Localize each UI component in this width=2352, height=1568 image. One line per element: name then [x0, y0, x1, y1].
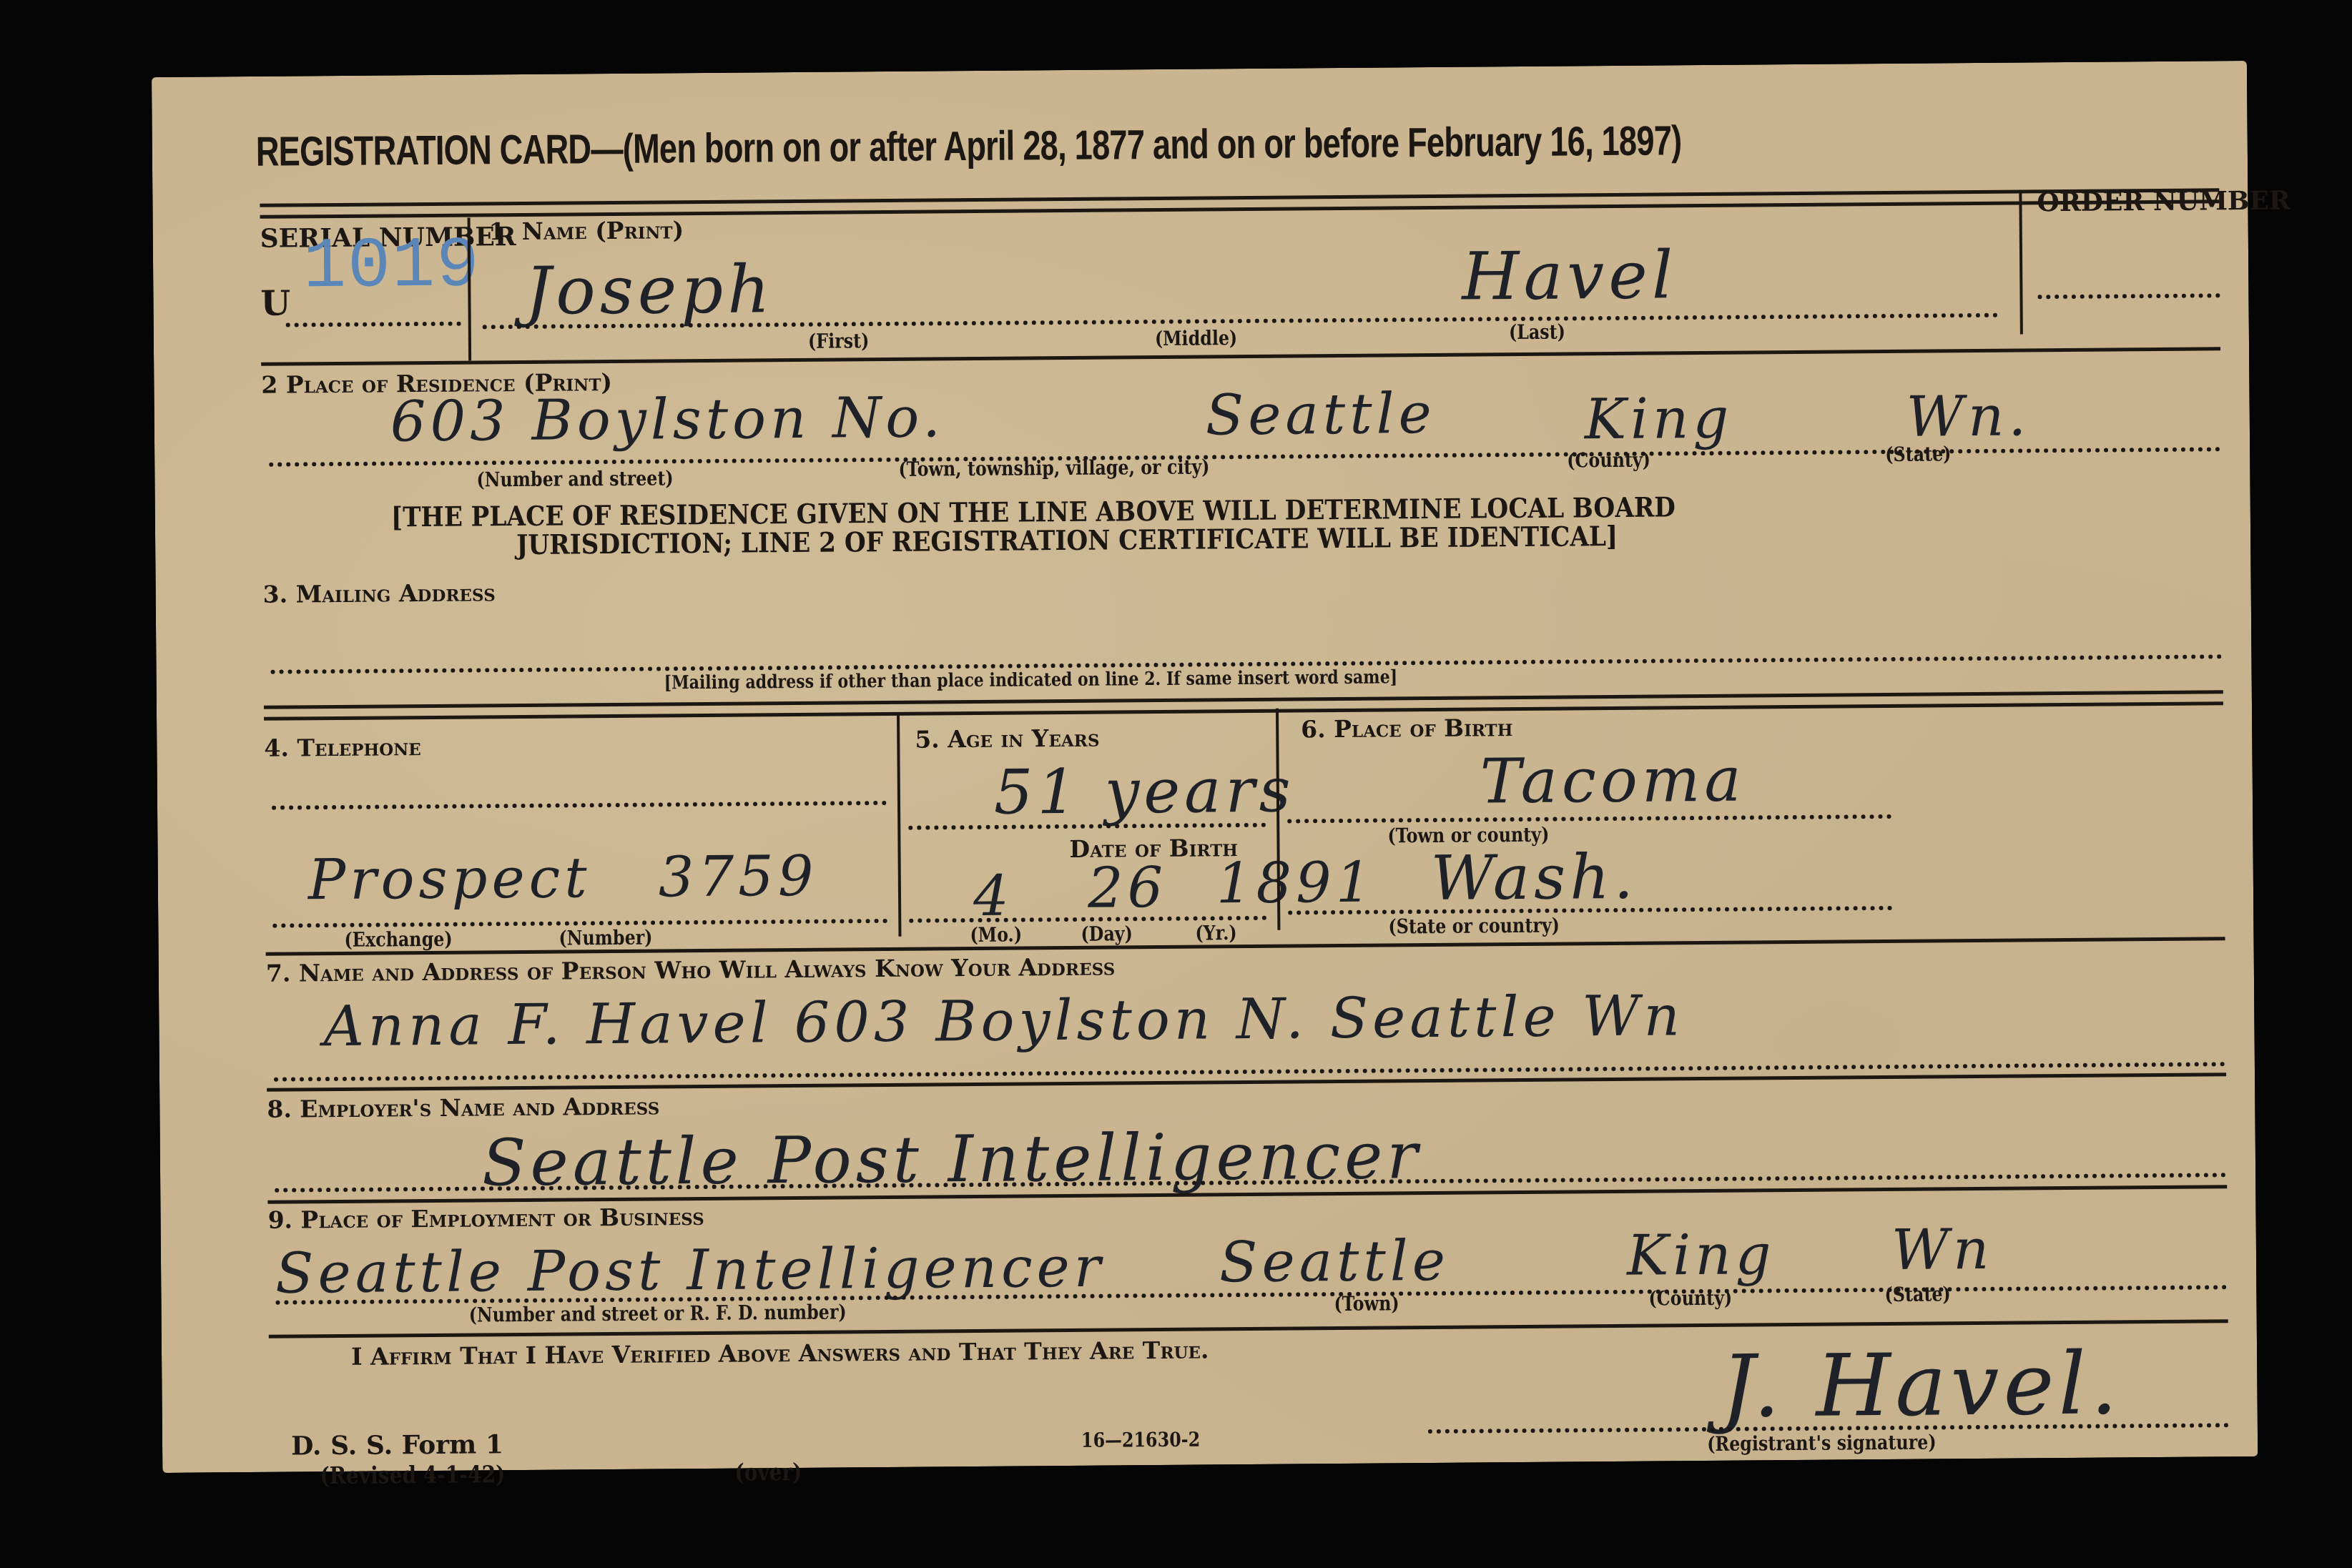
employment-place-label: 9. Place of Employment or Business	[267, 1203, 704, 1234]
last-name-value: Havel	[1462, 237, 1678, 315]
form-number: D. S. S. Form 1	[291, 1429, 503, 1461]
telephone-line	[272, 801, 887, 810]
middle-caption: (Middle)	[1155, 326, 1238, 350]
employer-label: 8. Employer's Name and Address	[267, 1092, 659, 1123]
first-caption: (First)	[808, 329, 870, 353]
employment-street-caption: (Number and street or R. F. D. number)	[468, 1300, 846, 1326]
year-caption: (Yr.)	[1195, 921, 1236, 945]
form-revision: (Revised 4-1-42)	[320, 1460, 505, 1489]
street-caption: (Number and street)	[476, 466, 673, 491]
employment-state-caption: (State)	[1884, 1282, 1951, 1306]
birthplace-state-value: Wash.	[1430, 842, 1638, 914]
residence-county-value: King	[1584, 387, 1733, 453]
number-caption: (Number)	[559, 926, 652, 950]
employment-county-caption: (County)	[1648, 1286, 1732, 1311]
signature-caption: (Registrant's signature)	[1707, 1430, 1937, 1456]
birthplace-state-caption: (State or country)	[1388, 914, 1560, 939]
day-caption: (Day)	[1081, 922, 1133, 946]
telephone-number-value: 3759	[658, 844, 817, 910]
affirmation-text: I Affirm That I Have Verified Above Answ…	[351, 1336, 1209, 1370]
print-code: 16—21630-2	[1081, 1428, 1200, 1452]
divider	[2019, 191, 2023, 334]
birth-year-value: 1891	[1216, 851, 1376, 917]
employment-town-caption: (Town)	[1334, 1291, 1399, 1316]
employment-state-value: Wn	[1891, 1218, 1994, 1283]
residence-town-value: Seattle	[1205, 382, 1436, 448]
card-title: REGISTRATION CARD—(Men born on or after …	[256, 117, 1682, 176]
employment-county-value: King	[1627, 1223, 1776, 1288]
exchange-caption: (Exchange)	[344, 927, 452, 952]
birth-day-value: 26	[1088, 856, 1168, 921]
birthplace-town-value: Tacoma	[1480, 744, 1746, 818]
serial-prefix: U	[260, 283, 290, 323]
age-label: 5. Age in Years	[915, 724, 1099, 754]
age-value: 51 years	[994, 754, 1296, 828]
residence-state-value: Wn.	[1906, 384, 2030, 449]
birthplace-label: 6. Place of Birth	[1301, 714, 1512, 743]
telephone-label: 4. Telephone	[264, 733, 421, 762]
month-caption: (Mo.)	[970, 922, 1022, 947]
divider	[897, 715, 901, 937]
contact-person-value: Anna F. Havel 603 Boylston N. Seattle Wn	[323, 984, 1684, 1059]
residence-street-value: 603 Boylston No.	[390, 385, 945, 454]
telephone-exchange-value: Prospect	[307, 846, 591, 912]
town-caption: (Town, township, village, or city)	[898, 455, 1209, 480]
age-line	[908, 823, 1266, 830]
divider	[261, 347, 2220, 366]
first-name-value: Joseph	[525, 251, 774, 330]
over-note: (over)	[734, 1458, 802, 1486]
mailing-address-label: 3. Mailing Address	[263, 578, 496, 608]
order-number-label: ORDER NUMBER	[2037, 186, 2291, 218]
registration-card: REGISTRATION CARD—(Men born on or after …	[152, 61, 2258, 1473]
serial-line	[286, 322, 461, 327]
last-caption: (Last)	[1509, 320, 1565, 344]
county-caption: (County)	[1567, 448, 1650, 473]
contact-person-line	[274, 1062, 2226, 1081]
serial-number-stamp: 1019	[303, 226, 481, 308]
state-caption: (State)	[1885, 442, 1952, 466]
registrant-signature: J. Havel.	[1721, 1334, 2122, 1436]
order-number-line	[2037, 293, 2220, 299]
contact-person-label: 7. Name and Address of Person Who Will A…	[266, 952, 1116, 987]
mailing-caption: [Mailing address if other than place ind…	[664, 666, 1398, 694]
employment-town-value: Seattle	[1219, 1229, 1450, 1296]
name-label: 1. Name (Print)	[489, 216, 684, 245]
